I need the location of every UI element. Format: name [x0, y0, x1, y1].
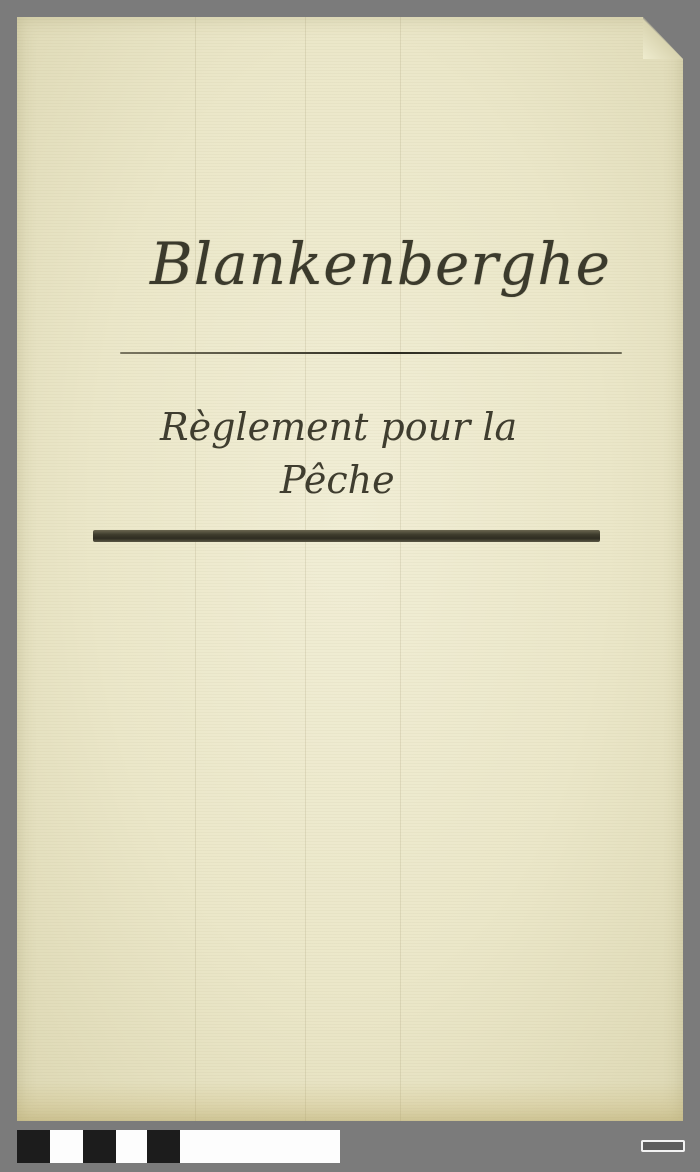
- scale-segment-black: [147, 1130, 180, 1163]
- chain-line: [400, 17, 401, 1121]
- scale-segment-white: [180, 1130, 340, 1163]
- chain-line: [195, 17, 196, 1121]
- folded-corner: [643, 17, 683, 59]
- title-underline: [120, 352, 622, 354]
- scale-bar: [17, 1130, 340, 1163]
- scale-segment-white: [116, 1130, 147, 1163]
- subtitle-line-1: Règlement pour la: [160, 405, 517, 449]
- document-title: Blankenberghe: [150, 230, 640, 298]
- scale-segment-black: [17, 1130, 50, 1163]
- section-divider: [93, 530, 600, 542]
- scale-segment-white: [50, 1130, 83, 1163]
- scale-segment-black: [83, 1130, 116, 1163]
- scale-indicator-icon: [641, 1140, 685, 1152]
- paper-stain: [17, 1081, 683, 1121]
- chain-line: [305, 17, 306, 1121]
- subtitle-line-2: Pêche: [280, 458, 395, 502]
- manuscript-page: [17, 17, 683, 1121]
